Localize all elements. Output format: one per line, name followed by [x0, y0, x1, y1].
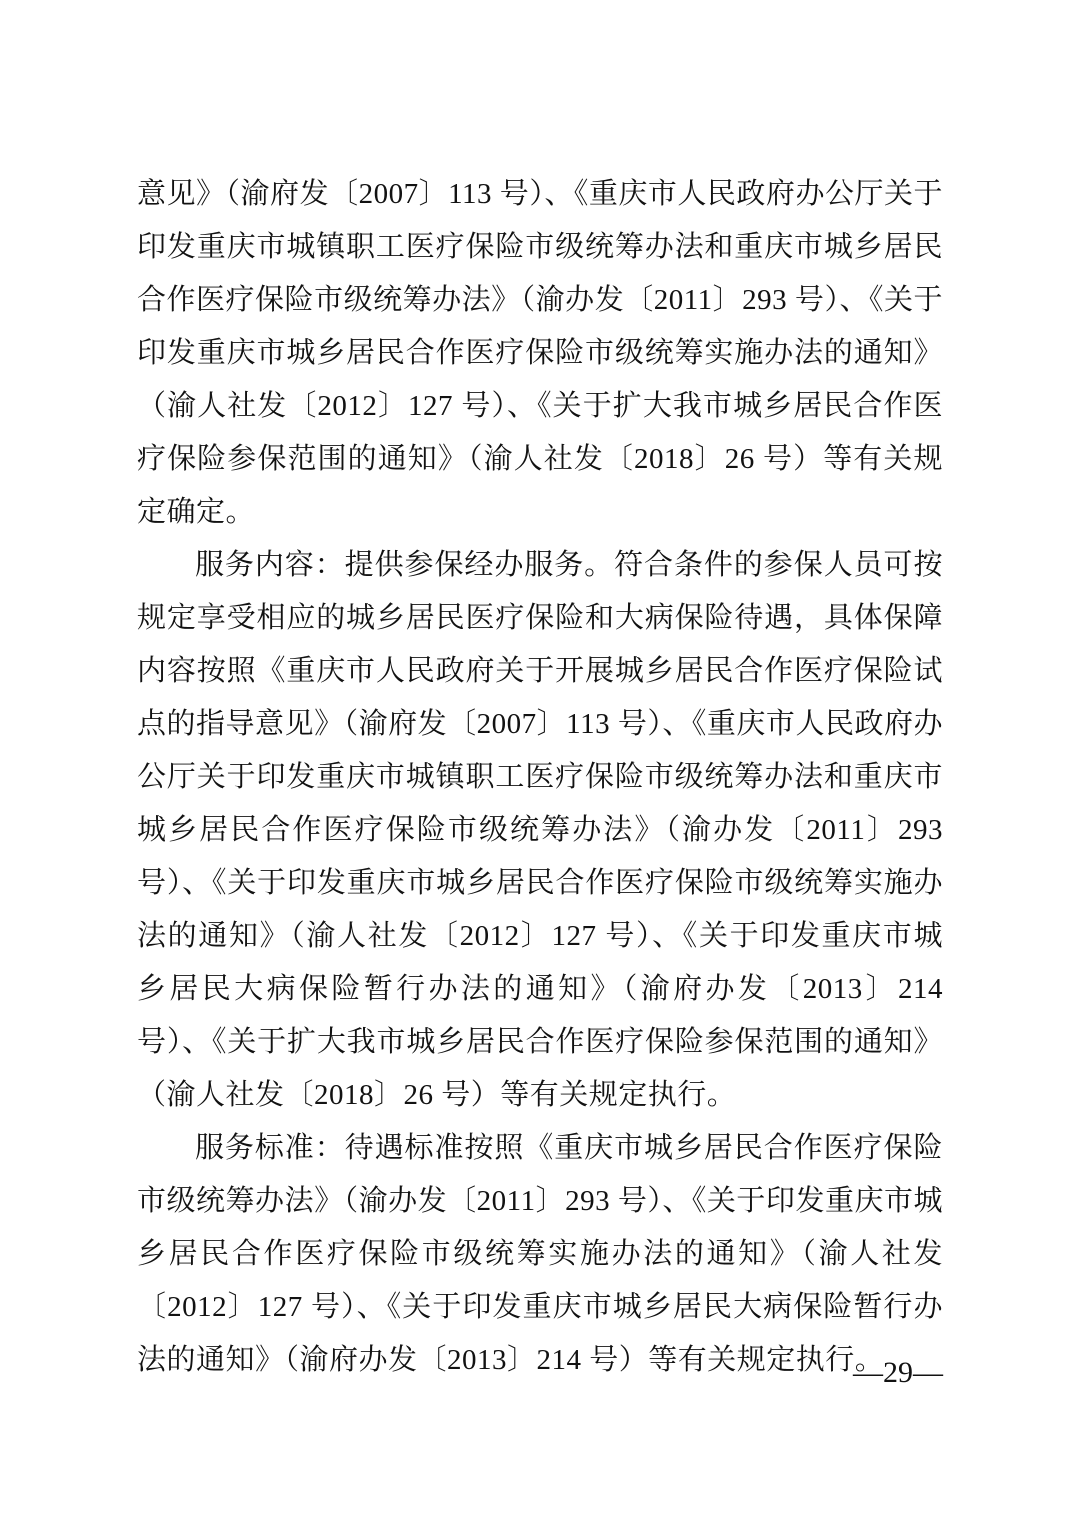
paragraph-service-content: 服务内容：提供参保经办服务。符合条件的参保人员可按规定享受相应的城乡居民医疗保险… — [137, 539, 943, 1122]
page-number: —29— — [137, 1352, 943, 1394]
document-page: 意见》（渝府发〔2007〕113 号）、《重庆市人民政府办公厅关于印发重庆市城镇… — [0, 0, 1074, 1520]
document-body: 意见》（渝府发〔2007〕113 号）、《重庆市人民政府办公厅关于印发重庆市城镇… — [137, 168, 943, 1387]
paragraph-continuation: 意见》（渝府发〔2007〕113 号）、《重庆市人民政府办公厅关于印发重庆市城镇… — [137, 168, 943, 539]
paragraph-service-standard: 服务标准：待遇标准按照《重庆市城乡居民合作医疗保险市级统筹办法》（渝办发〔201… — [137, 1122, 943, 1387]
